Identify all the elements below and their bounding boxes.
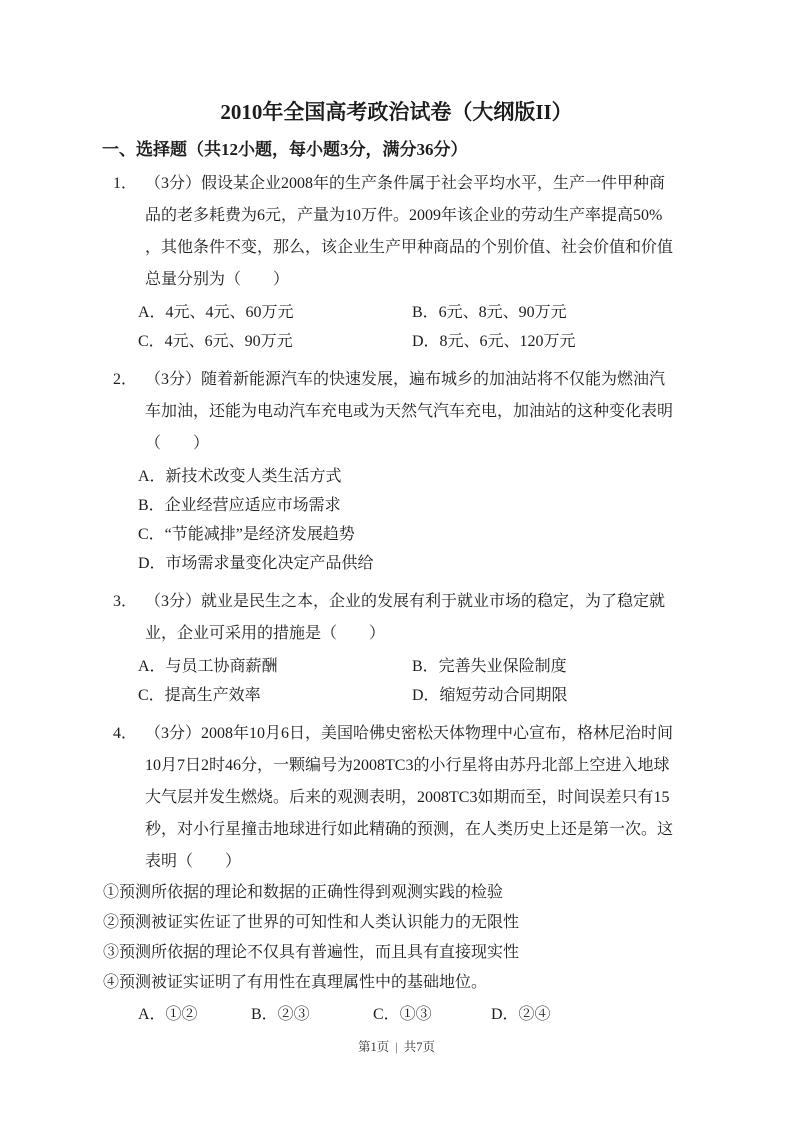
statements-group: ①预测所依据的理论和数据的正确性得到观测实践的检验 ②预测被证实佐证了世界的可知… [0,878,793,998]
question-number: 1． [113,168,145,200]
option-b: B．6元、8元、90万元 [412,298,793,327]
question-stem-line: 10月7日2时46分，一颗编号为2008TC3的小行星将由苏丹北部上空进入地球 [0,750,793,782]
section-heading: 一、选择题（共12小题，每小题3分，满分36分） [0,137,793,163]
option-c: C．“节能减排”是经济发展趋势 [138,520,793,549]
question-stem-line: 2．（3分）随着新能源汽车的快速发展，遍布城乡的加油站将不仅能为燃油汽 [0,364,793,396]
statement-2: ②预测被证实佐证了世界的可知性和人类认识能力的无限性 [103,908,793,938]
options-group: A．①②B．②③C．①③D．②④ [0,1000,793,1029]
stem-text: （3分）随着新能源汽车的快速发展，遍布城乡的加油站将不仅能为燃油汽 [145,371,665,388]
options-group: A．与员工协商薪酬 B．完善失业保险制度 C．提高生产效率 D．缩短劳动合同期限 [0,652,793,710]
question-stem-line: 品的老多耗费为6元，产量为10万件。2009年该企业的劳动生产率提高50% [0,200,793,232]
statement-4: ④预测被证实证明了有用性在真理属性中的基础地位。 [103,968,793,998]
question-stem-line: 总量分别为（ ） [0,264,793,296]
question-stem-line: 秒，对小行星撞击地球进行如此精确的预测，在人类历史上还是第一次。这 [0,814,793,846]
question-stem-line: 4．（3分）2008年10月6日，美国哈佛史密松天体物理中心宣布，格林尼治时间 [0,718,793,750]
stem-text: （3分）2008年10月6日，美国哈佛史密松天体物理中心宣布，格林尼治时间 [145,725,673,742]
exam-title: 2010年全国高考政治试卷（大纲版II） [0,0,793,127]
question-2: 2．（3分）随着新能源汽车的快速发展，遍布城乡的加油站将不仅能为燃油汽 车加油，… [0,364,793,578]
option-c: C．①③ [373,1000,491,1029]
question-3: 3．（3分）就业是民生之本，企业的发展有利于就业市场的稳定，为了稳定就 业，企业… [0,586,793,710]
option-a: A．4元、4元、60万元 [138,298,412,327]
question-stem-line: （ ） [0,428,793,460]
footer-separator: | [395,1040,398,1054]
statement-3: ③预测所依据的理论不仅具有普遍性，而且具有直接现实性 [103,938,793,968]
option-c: C．提高生产效率 [138,681,412,710]
exam-page: 2010年全国高考政治试卷（大纲版II） 一、选择题（共12小题，每小题3分，满… [0,0,793,1122]
question-stem-line: 大气层并发生燃烧。后来的观测表明，2008TC3如期而至，时间误差只有15 [0,782,793,814]
question-stem-line: 车加油，还能为电动汽车充电或为天然气汽车充电，加油站的这种变化表明 [0,396,793,428]
option-d: D．缩短劳动合同期限 [412,681,793,710]
stem-text: （3分）就业是民生之本，企业的发展有利于就业市场的稳定，为了稳定就 [145,593,665,610]
question-number: 4． [113,718,145,750]
option-d: D．8元、6元、120万元 [412,327,793,356]
stem-text: （3分）假设某企业2008年的生产条件属于社会平均水平，生产一件甲种商 [145,175,665,192]
option-b: B．完善失业保险制度 [412,652,793,681]
footer-total-pages: 共7页 [404,1040,435,1054]
question-stem-line: 表明（ ） [0,846,793,878]
question-stem-line: ，其他条件不变，那么，该企业生产甲种商品的个别价值、社会价值和价值 [0,232,793,264]
page-footer: 第1页|共7页 [0,1038,793,1056]
option-d: D．市场需求量变化决定产品供给 [138,549,793,578]
option-a: A．①② [138,1000,251,1029]
question-4: 4．（3分）2008年10月6日，美国哈佛史密松天体物理中心宣布，格林尼治时间 … [0,718,793,1029]
question-number: 3． [113,586,145,618]
question-stem-line: 3．（3分）就业是民生之本，企业的发展有利于就业市场的稳定，为了稳定就 [0,586,793,618]
question-stem-line: 业，企业可采用的措施是（ ） [0,618,793,650]
statement-1: ①预测所依据的理论和数据的正确性得到观测实践的检验 [103,878,793,908]
option-d: D．②④ [491,1000,551,1029]
option-c: C．4元、6元、90万元 [138,327,412,356]
options-group: A．新技术改变人类生活方式 B．企业经营应适应市场需求 C．“节能减排”是经济发… [0,462,793,578]
option-a: A．与员工协商薪酬 [138,652,412,681]
question-stem-line: 1．（3分）假设某企业2008年的生产条件属于社会平均水平，生产一件甲种商 [0,168,793,200]
options-group: A．4元、4元、60万元 B．6元、8元、90万元 C．4元、6元、90万元 D… [0,298,793,356]
option-a: A．新技术改变人类生活方式 [138,462,793,491]
footer-page-number: 第1页 [358,1040,389,1054]
option-b: B．②③ [251,1000,373,1029]
question-number: 2． [113,364,145,396]
question-1: 1．（3分）假设某企业2008年的生产条件属于社会平均水平，生产一件甲种商 品的… [0,168,793,356]
option-b: B．企业经营应适应市场需求 [138,491,793,520]
